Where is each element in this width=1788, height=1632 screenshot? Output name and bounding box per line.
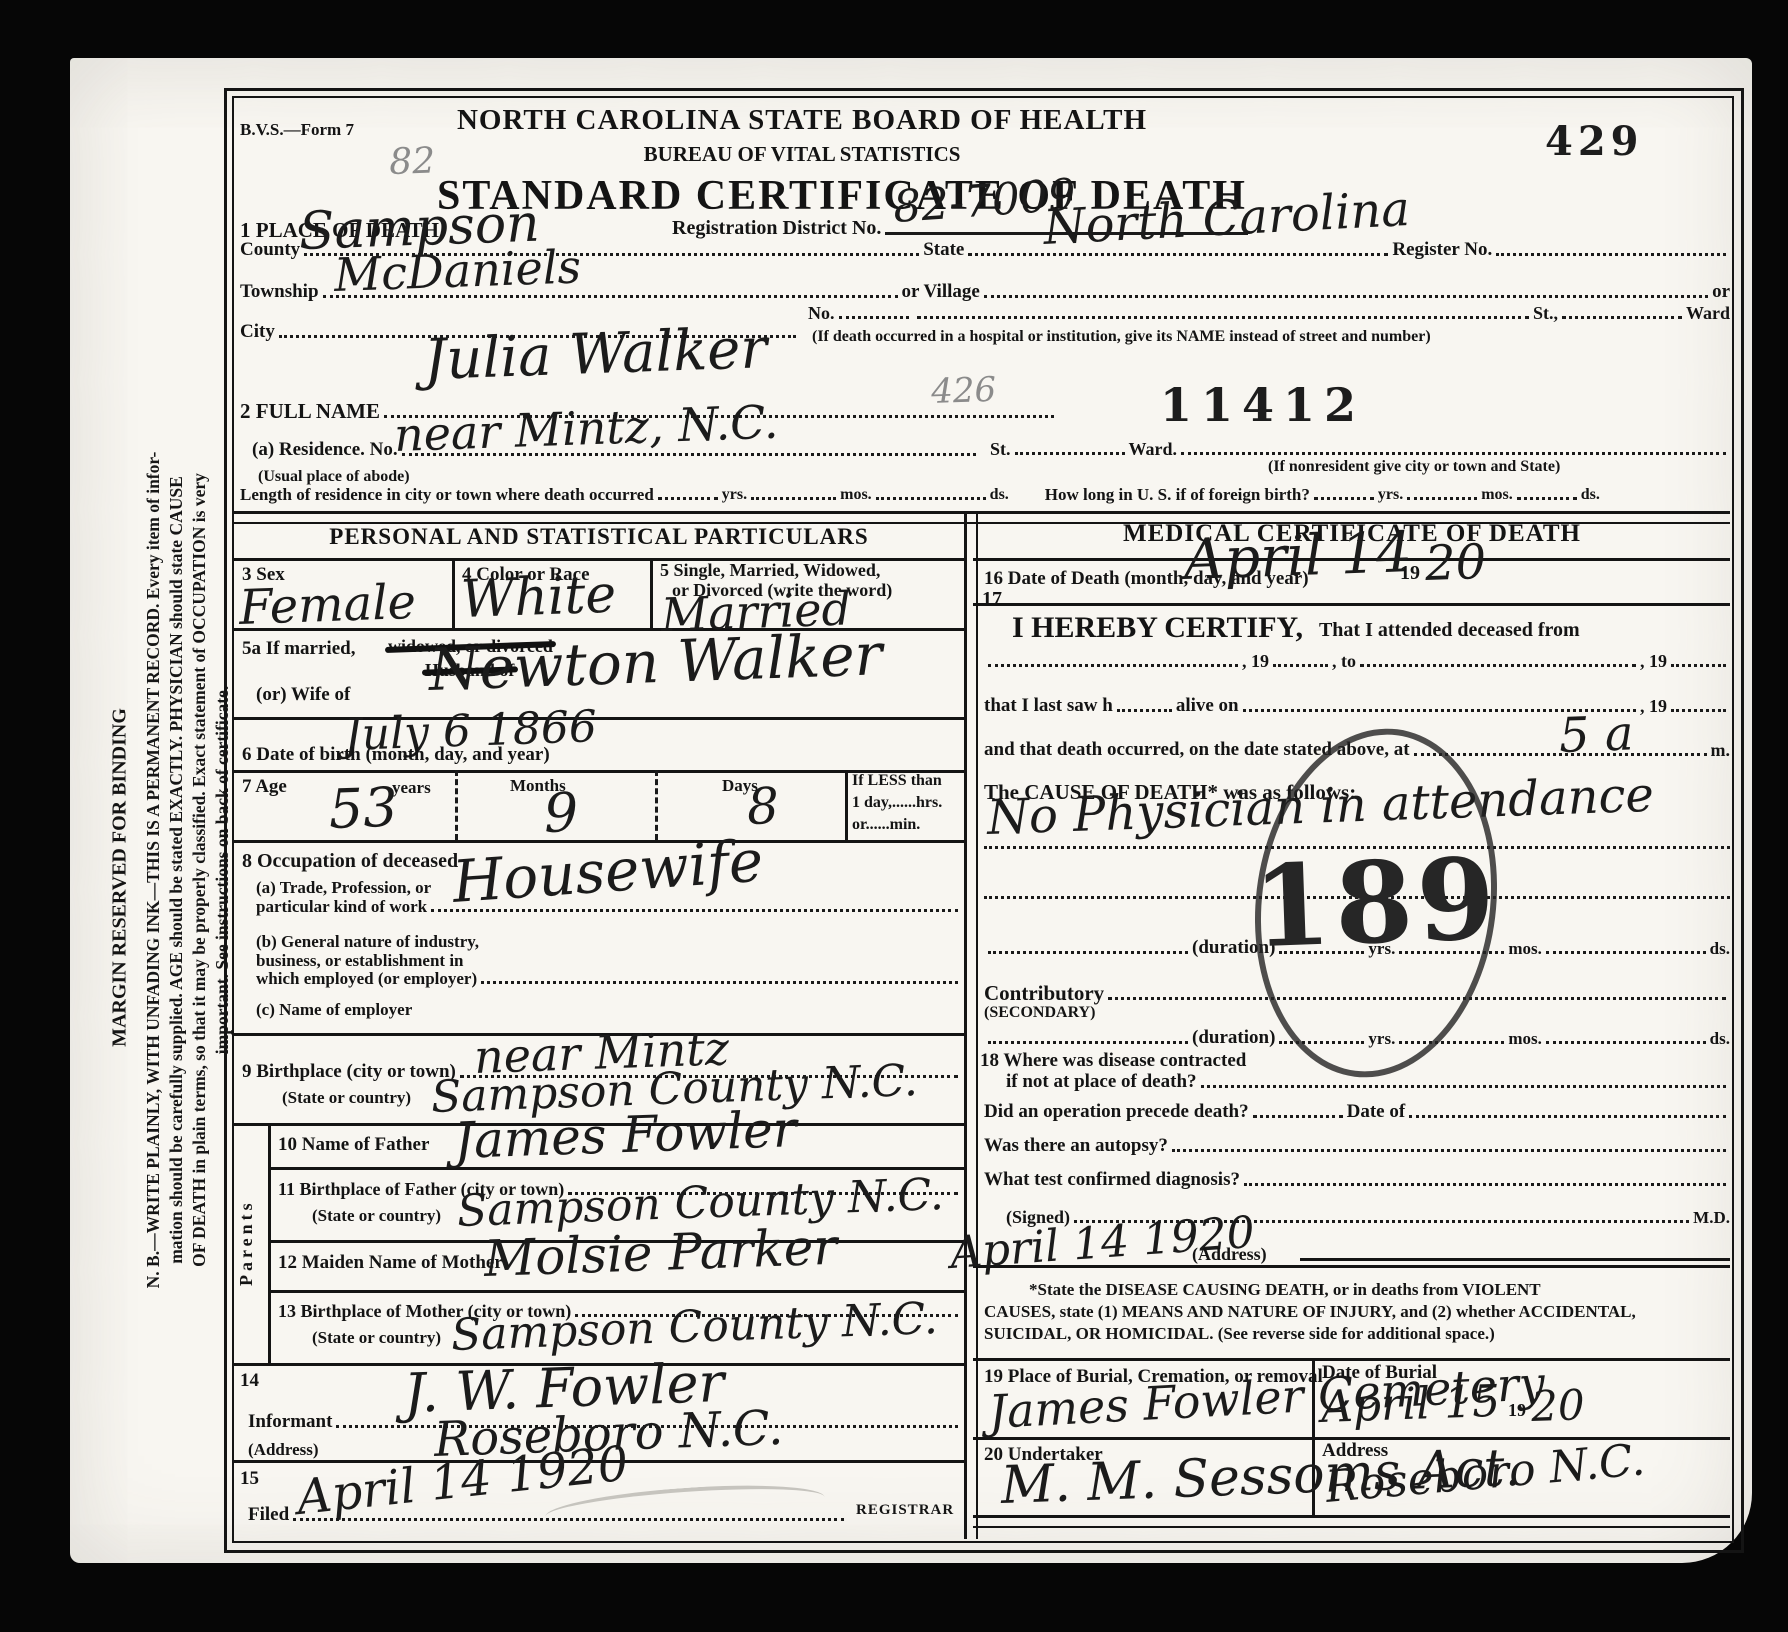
dotted-line	[1314, 494, 1374, 500]
autopsy-line: Was there an autopsy?	[984, 1136, 1730, 1156]
dotted-line	[1671, 706, 1726, 712]
register-no-label: Register No.	[1392, 240, 1492, 260]
burial-date-value: April 15	[1320, 1376, 1501, 1433]
occupation-a-line1: (a) Trade, Profession, or	[256, 878, 431, 898]
dotted-line	[1562, 313, 1682, 319]
dotted-line	[1244, 1180, 1726, 1186]
dotted-line	[1015, 449, 1125, 455]
occupation-b-line3: which employed (or employer)	[256, 970, 962, 988]
less-than-line1: If LESS than	[852, 772, 942, 790]
filed-label: Filed	[248, 1505, 289, 1525]
date-of-label: Date of	[1347, 1102, 1406, 1122]
occupation-b-line2: business, or establishment in	[256, 951, 464, 971]
footnote-line2: CAUSES, state (1) MEANS AND NATURE OF IN…	[984, 1302, 1730, 1322]
year19-label3: , 19	[1640, 697, 1667, 716]
address-line	[1300, 1258, 1730, 1261]
father-birthplace-state-label: (State or country)	[312, 1206, 441, 1226]
dotted-line	[968, 250, 1388, 256]
rule	[268, 1290, 964, 1293]
column-divider	[964, 511, 978, 1539]
board-title: NORTH CAROLINA STATE BOARD OF HEALTH	[232, 104, 1372, 137]
dotted-line	[984, 292, 1708, 298]
rule	[973, 1358, 1730, 1361]
parents-divider	[268, 1123, 271, 1363]
length-label: Length of residence in city or town wher…	[240, 486, 654, 504]
age-months-value: 9	[543, 781, 580, 845]
duration2-mos-label: mos.	[1508, 1030, 1542, 1048]
dotted-line	[1201, 1082, 1726, 1088]
disease-contracted-label-line2: if not at place of death?	[1006, 1072, 1197, 1092]
occupation-b-line1: (b) General nature of industry,	[256, 932, 479, 952]
scanned-death-certificate: MARGIN RESERVED FOR BINDING N. B.—WRITE …	[0, 0, 1788, 1632]
rule	[973, 603, 1730, 606]
state-label: State	[923, 240, 964, 260]
occupation-b-label3: which employed (or employer)	[256, 970, 477, 988]
yrs-label2: yrs.	[1378, 487, 1403, 504]
test-label: What test confirmed diagnosis?	[984, 1170, 1240, 1190]
dotted-line	[1013, 497, 1041, 500]
margin-nb-line3: OF DEATH in plain terms, so that it may …	[188, 120, 211, 1620]
duration2-ds-label: ds.	[1710, 1030, 1730, 1048]
mos-label2: mos.	[1481, 487, 1513, 504]
age-years-value: 53	[328, 776, 399, 841]
test-line: What test confirmed diagnosis?	[984, 1170, 1730, 1190]
dotted-line	[481, 978, 958, 984]
hospital-note: (If death occurred in a hospital or inst…	[812, 328, 1431, 346]
burial-19-label: 19	[1508, 1400, 1526, 1421]
registrar-label: REGISTRAR	[856, 1502, 954, 1519]
dotted-line	[1172, 1146, 1726, 1152]
ds-label: ds.	[990, 487, 1009, 504]
dotted-line	[1496, 250, 1726, 256]
rule-double	[973, 1515, 1730, 1528]
certify-bold-label: I HEREBY CERTIFY,	[1012, 612, 1303, 644]
footnote-line3: SUICIDAL, OR HOMICIDAL. (See reverse sid…	[984, 1324, 1730, 1344]
date-of-death-value: April 14	[1183, 520, 1413, 593]
section17-number: 17	[982, 588, 1002, 611]
residence-st-label: St.	[990, 440, 1011, 459]
street-ward-line: No. St., Ward	[808, 304, 1730, 323]
residence-ward-label: Ward.	[1129, 440, 1178, 459]
dotted-line	[1546, 948, 1706, 954]
death-time-value: 5 a	[1558, 705, 1634, 764]
father-name-label: 10 Name of Father	[278, 1134, 429, 1156]
ds-label2: ds.	[1581, 487, 1600, 504]
year19-label2: , 19	[1640, 652, 1667, 671]
residence-st-ward-line: St. Ward.	[990, 440, 1730, 459]
wife-of-label: (or) Wife of	[256, 684, 350, 706]
date-of-death-year: 20	[1424, 534, 1487, 592]
full-name-value: Julia Walker	[423, 316, 768, 393]
alive-on-label: alive on	[1176, 696, 1239, 716]
attended-dates-line: , 19 , to , 19	[984, 652, 1730, 671]
dotted-line	[1360, 661, 1636, 667]
dotted-line	[988, 948, 1188, 954]
date-of-death-19: 19	[1400, 562, 1420, 585]
father-name-value: James Fowler	[453, 1100, 798, 1170]
filed-section-number: 15	[240, 1468, 259, 1490]
mother-birthplace-state-label: (State or country)	[312, 1328, 441, 1348]
ward-label: Ward	[1686, 304, 1730, 323]
birthplace-label: 9 Birthplace (city or town)	[242, 1062, 456, 1082]
township-label: Township	[240, 282, 319, 302]
occupation-a-label2: particular kind of work	[256, 898, 427, 916]
length-of-residence-line: Length of residence in city or town wher…	[240, 486, 1728, 504]
dotted-line	[1407, 494, 1477, 500]
occupation-c-label: (c) Name of employer	[256, 1000, 412, 1020]
dotted-line	[1546, 1038, 1706, 1044]
informant-address-label: (Address)	[248, 1440, 319, 1460]
m-label: m.	[1711, 741, 1731, 760]
dotted-line	[988, 1038, 1188, 1044]
residence-label: (a) Residence. No.	[252, 440, 398, 460]
mos-label: mos.	[840, 487, 872, 504]
contributory-label: Contributory	[984, 982, 1104, 1004]
birthplace-state-label: (State or country)	[282, 1088, 411, 1108]
cell-divider-dashed	[455, 770, 458, 840]
dotted-line	[1117, 706, 1172, 712]
if-married-label: 5a If married,	[242, 638, 355, 660]
dotted-line	[917, 313, 1529, 319]
operation-label: Did an operation precede death?	[984, 1102, 1249, 1122]
secondary-label: (SECONDARY)	[984, 1004, 1095, 1022]
age-label: 7 Age	[242, 776, 287, 798]
dotted-line	[1409, 1112, 1726, 1118]
operation-line: Did an operation precede death? Date of	[984, 1102, 1730, 1122]
city-label: City	[240, 322, 275, 342]
pencil-number-mid: 426	[931, 370, 997, 412]
sex-value: Female	[238, 574, 417, 636]
dotted-line	[839, 313, 909, 319]
informant-section-number: 14	[240, 1370, 259, 1392]
footnote-line1: *State the DISEASE CAUSING DEATH, or in …	[984, 1280, 1730, 1300]
duration-mos-label: mos.	[1508, 940, 1542, 958]
st-label: St.,	[1533, 304, 1558, 323]
margin-nb-note: N. B.—WRITE PLAINLY, WITH UNFADING INK—T…	[142, 120, 234, 1620]
cell-divider	[650, 558, 653, 628]
autopsy-label: Was there an autopsy?	[984, 1136, 1168, 1156]
nonresident-note: (If nonresident give city or town and St…	[1268, 458, 1560, 476]
duration-label2: (duration)	[1192, 1028, 1275, 1048]
race-value: White	[460, 565, 617, 630]
informant-label: Informant	[248, 1412, 332, 1432]
margin-nb-line1: N. B.—WRITE PLAINLY, WITH UNFADING INK—T…	[142, 120, 165, 1620]
dotted-line	[1517, 494, 1577, 500]
dotted-line	[751, 494, 836, 500]
years-label: years	[392, 778, 431, 798]
spacer	[1307, 637, 1315, 640]
mother-name-label: 12 Maiden Name of Mother	[278, 1252, 503, 1274]
margin-binding-note: MARGIN RESERVED FOR BINDING	[109, 528, 132, 1228]
occupation-label: 8 Occupation of deceased	[242, 850, 458, 873]
or-village-label: or Village	[902, 282, 980, 302]
year19-label: , 19	[1242, 652, 1269, 671]
no-label: No.	[808, 304, 835, 323]
duration-ds-label: ds.	[1710, 940, 1730, 958]
certify-line: I HEREBY CERTIFY, That I attended deceas…	[1012, 612, 1730, 644]
dotted-line	[1253, 1112, 1343, 1118]
address-label: (Address)	[1192, 1244, 1267, 1265]
to-label: , to	[1332, 652, 1356, 671]
file-number-stamp: 11412	[1160, 378, 1365, 432]
marital-label-line1: 5 Single, Married, Widowed,	[660, 560, 880, 581]
or-label: or	[1712, 282, 1730, 302]
less-than-line2: 1 day,......hrs.	[852, 794, 942, 812]
cell-divider	[845, 770, 848, 840]
registration-district-label: Registration District No.	[672, 218, 881, 239]
parents-vertical-label: Parents	[236, 1128, 266, 1358]
less-than-line3: or......min.	[852, 816, 920, 834]
margin-nb-line2: mation should be carefully supplied. AGE…	[165, 120, 188, 1620]
dotted-line	[1273, 661, 1328, 667]
certify-rest-label: That I attended deceased from	[1319, 620, 1580, 644]
disease-contracted-label-line1: 18 Where was disease contracted	[980, 1050, 1246, 1072]
dotted-line	[988, 661, 1238, 667]
dotted-line	[876, 494, 986, 500]
mother-name-value: Molsie Parker	[483, 1218, 838, 1288]
township-value: McDaniels	[333, 239, 582, 302]
dotted-line	[1671, 661, 1726, 667]
dotted-line	[658, 494, 718, 500]
dob-label: 6 Date of birth (month, day, and year)	[242, 744, 550, 766]
howlong-label: How long in U. S. if of foreign birth?	[1045, 486, 1310, 504]
cell-divider-dashed	[655, 770, 658, 840]
cause-code-value: 189	[1251, 833, 1501, 972]
cell-divider	[452, 558, 455, 628]
personal-section-header: PERSONAL AND STATISTICAL PARTICULARS	[234, 524, 964, 550]
md-label: M.D.	[1693, 1209, 1730, 1227]
county-label: County	[240, 240, 300, 260]
full-name-label: 2 FULL NAME	[240, 400, 380, 422]
rule	[268, 1167, 964, 1170]
abode-note: (Usual place of abode)	[258, 468, 410, 486]
yrs-label: yrs.	[722, 487, 747, 504]
page-number-stamp: 429	[1545, 118, 1644, 165]
dotted-line	[1181, 449, 1726, 455]
burial-year-value: 20	[1530, 1380, 1585, 1431]
last-saw-label: that I last saw h	[984, 696, 1113, 716]
